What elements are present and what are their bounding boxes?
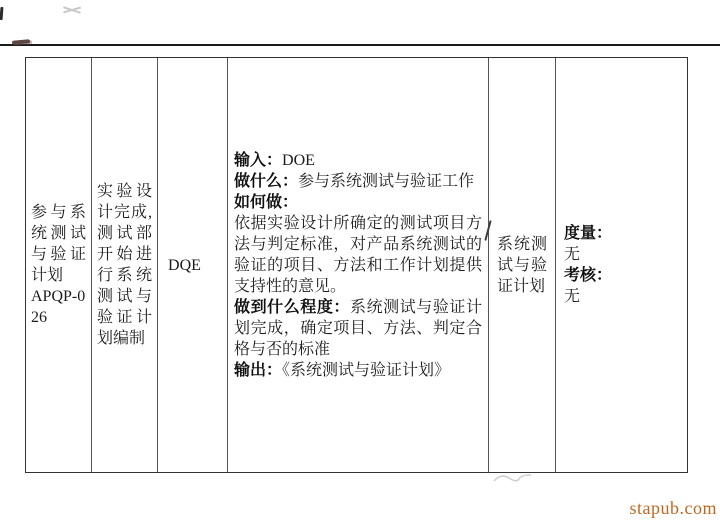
process-title: 参与系统测试与验证计划 — [31, 204, 86, 284]
output-document-cell: 系统测试与验证计划 — [489, 58, 556, 472]
activity-input: 输入：DOE — [234, 150, 482, 171]
entry-condition-cell: 实验设计完成,测试部开始进行系统测试与验证计划编制 — [92, 58, 158, 472]
output-text: 《系统测试与验证计划》 — [282, 362, 450, 379]
activity-output: 输出：《系统测试与验证计划》 — [234, 360, 482, 381]
metrics-cell: 度量： 无 考核： 无 — [556, 58, 687, 472]
faint-cross-mark — [63, 4, 81, 16]
owner-cell: DQE — [158, 58, 228, 472]
process-id-cell: 参与系统测试与验证计划 APQP-026 — [26, 58, 92, 472]
process-code: APQP-026 — [31, 286, 86, 328]
activity-degree: 做到什么程度：系统测试与验证计划完成，确定项目、方法、判定合格与否的标准 — [234, 297, 482, 360]
output-document-text: 系统测试与验证计划 — [497, 234, 547, 297]
entry-condition-text: 实验设计完成,测试部开始进行系统测试与验证计划编制 — [97, 181, 152, 349]
measure-label: 度量： — [564, 223, 612, 244]
how-label: 如何做： — [234, 192, 482, 213]
input-text: DOE — [282, 152, 315, 169]
activity-description-cell: 输入：DOE 做什么：参与系统测试与验证工作 如何做：依据实验设计所确定的测试项… — [228, 58, 489, 472]
assessment-value: 无 — [564, 286, 612, 307]
page-top-rule — [0, 44, 720, 46]
what-label: 做什么： — [234, 173, 298, 190]
degree-label: 做到什么程度： — [234, 299, 350, 316]
scan-edge-mark — [0, 7, 3, 20]
apqp-process-table: 参与系统测试与验证计划 APQP-026 实验设计完成,测试部开始进行系统测试与… — [25, 57, 688, 473]
input-label: 输入： — [234, 152, 282, 169]
owner-text: DQE — [168, 255, 201, 276]
activity-how: 如何做：依据实验设计所确定的测试项目方法与判定标准，对产品系统测试的验证的项目、… — [234, 192, 482, 297]
document-page: 参与系统测试与验证计划 APQP-026 实验设计完成,测试部开始进行系统测试与… — [0, 0, 720, 521]
stapub-watermark: stapub.com — [630, 498, 718, 519]
activity-what: 做什么：参与系统测试与验证工作 — [234, 171, 482, 192]
how-text: 依据实验设计所确定的测试项目方法与判定标准，对产品系统测试的验证的项目、方法和工… — [234, 215, 482, 295]
what-text: 参与系统测试与验证工作 — [298, 173, 474, 190]
output-label: 输出： — [234, 362, 282, 379]
pencil-squiggle-mark — [492, 470, 534, 486]
assessment-label: 考核： — [564, 265, 612, 286]
measure-value: 无 — [564, 244, 612, 265]
